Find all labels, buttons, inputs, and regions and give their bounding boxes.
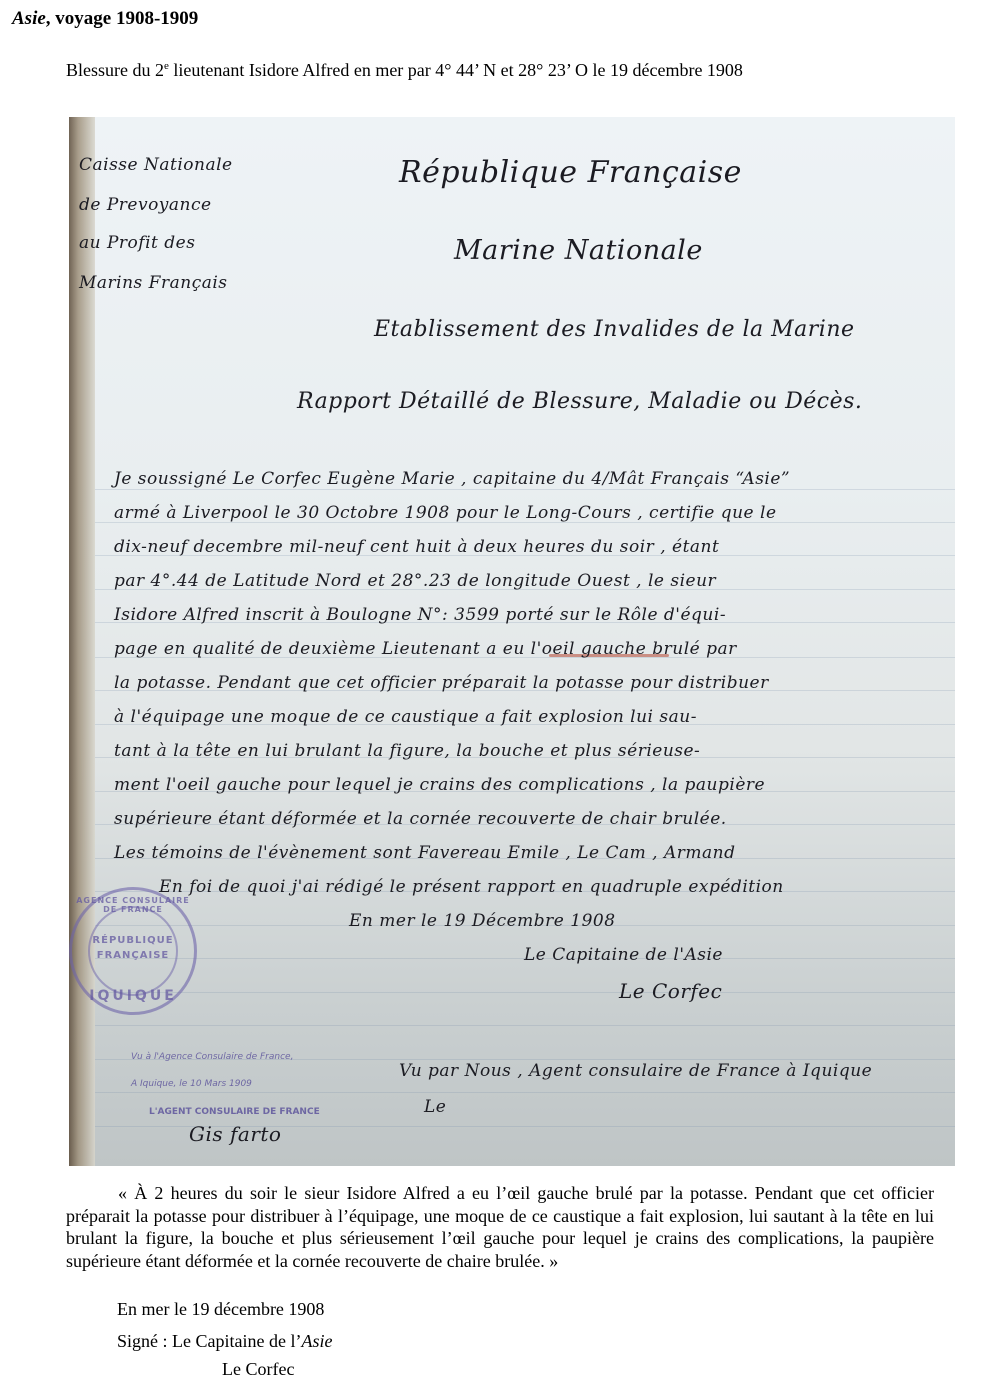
report-line: En foi de quoi j'ai rédigé le présent ra… — [159, 877, 784, 897]
transcription-signer: Le Corfec — [222, 1359, 294, 1380]
report-line: Les témoins de l'évènement sont Favereau… — [114, 843, 735, 863]
report-line: Isidore Alfred inscrit à Boulogne N°: 35… — [114, 605, 726, 625]
consular-stamp-line: L'AGENT CONSULAIRE DE FRANCE — [149, 1107, 320, 1117]
transcription-place-date: En mer le 19 décembre 1908 — [117, 1299, 324, 1320]
transcription-quote: « À 2 heures du soir le sieur Isidore Al… — [66, 1182, 934, 1272]
consular-stamp-line: A Iquique, le 10 Mars 1909 — [131, 1079, 252, 1089]
report-line: dix-neuf decembre mil-neuf cent huit à d… — [114, 537, 719, 557]
report-line: à l'équipage une moque de ce caustique a… — [114, 707, 697, 727]
subtitle-text: Blessure du 2 — [66, 60, 164, 80]
page-title: Asie, voyage 1908-1909 — [12, 8, 198, 30]
report-line: ment l'oeil gauche pour lequel je crains… — [114, 775, 765, 795]
report-line: Le — [424, 1097, 446, 1117]
report-line: supérieure étant déformée et la cornée r… — [114, 809, 727, 829]
heading-marine-nationale: Marine Nationale — [454, 235, 703, 266]
stamp-center-text: FRANÇAISE — [72, 950, 194, 961]
stamp-center-text: RÉPUBLIQUE — [72, 935, 194, 946]
report-line: Vu par Nous , Agent consulaire de France… — [399, 1061, 872, 1081]
consul-signature: Gis farto — [189, 1122, 281, 1146]
report-line: par 4°.44 de Latitude Nord et 28°.23 de … — [114, 571, 716, 591]
signed-ship-name: Asie — [301, 1331, 332, 1351]
side-note-line: au Profit des — [79, 233, 195, 253]
side-note-line: Marins Français — [79, 273, 228, 293]
report-line: page en qualité de deuxième Lieutenant a… — [114, 639, 737, 659]
stamp-ring-text: AGENCE CONSULAIRE DE FRANCE — [72, 896, 194, 914]
document-photo: Caisse Nationale de Prevoyance au Profit… — [69, 117, 955, 1166]
transcription-signed: Signé : Le Capitaine de l’Asie — [117, 1331, 332, 1352]
report-line: armé à Liverpool le 30 Octobre 1908 pour… — [114, 503, 777, 523]
ship-name: Asie — [12, 8, 46, 29]
report-line: tant à la tête en lui brulant la figure,… — [114, 741, 700, 761]
heading-etablissement: Etablissement des Invalides de la Marine — [374, 317, 855, 342]
report-line: Je soussigné Le Corfec Eugène Marie , ca… — [114, 469, 790, 489]
report-line: Le Capitaine de l'Asie — [524, 945, 723, 965]
voyage-years: , voyage 1908-1909 — [46, 8, 199, 29]
consular-stamp-line: Vu à l'Agence Consulaire de France, — [131, 1052, 293, 1062]
captain-signature: Le Corfec — [619, 979, 722, 1003]
subtitle-text-rest: lieutenant Isidore Alfred en mer par 4° … — [169, 60, 743, 80]
consular-seal-stamp: AGENCE CONSULAIRE DE FRANCE RÉPUBLIQUE F… — [69, 887, 197, 1015]
report-line: En mer le 19 Décembre 1908 — [349, 911, 616, 931]
heading-rapport: Rapport Détaillé de Blessure, Maladie ou… — [297, 389, 862, 414]
side-note-line: Caisse Nationale — [79, 155, 233, 175]
quote-text: « À 2 heures du soir le sieur Isidore Al… — [66, 1182, 934, 1272]
report-line: la potasse. Pendant que cet officier pré… — [114, 673, 769, 693]
heading-republique: République Française — [399, 155, 742, 190]
stamp-bottom-text: IQUIQUE — [72, 988, 194, 1004]
signed-text: Signé : Le Capitaine de l’ — [117, 1331, 301, 1351]
page-subtitle: Blessure du 2e lieutenant Isidore Alfred… — [66, 60, 743, 81]
side-note-line: de Prevoyance — [79, 195, 212, 215]
